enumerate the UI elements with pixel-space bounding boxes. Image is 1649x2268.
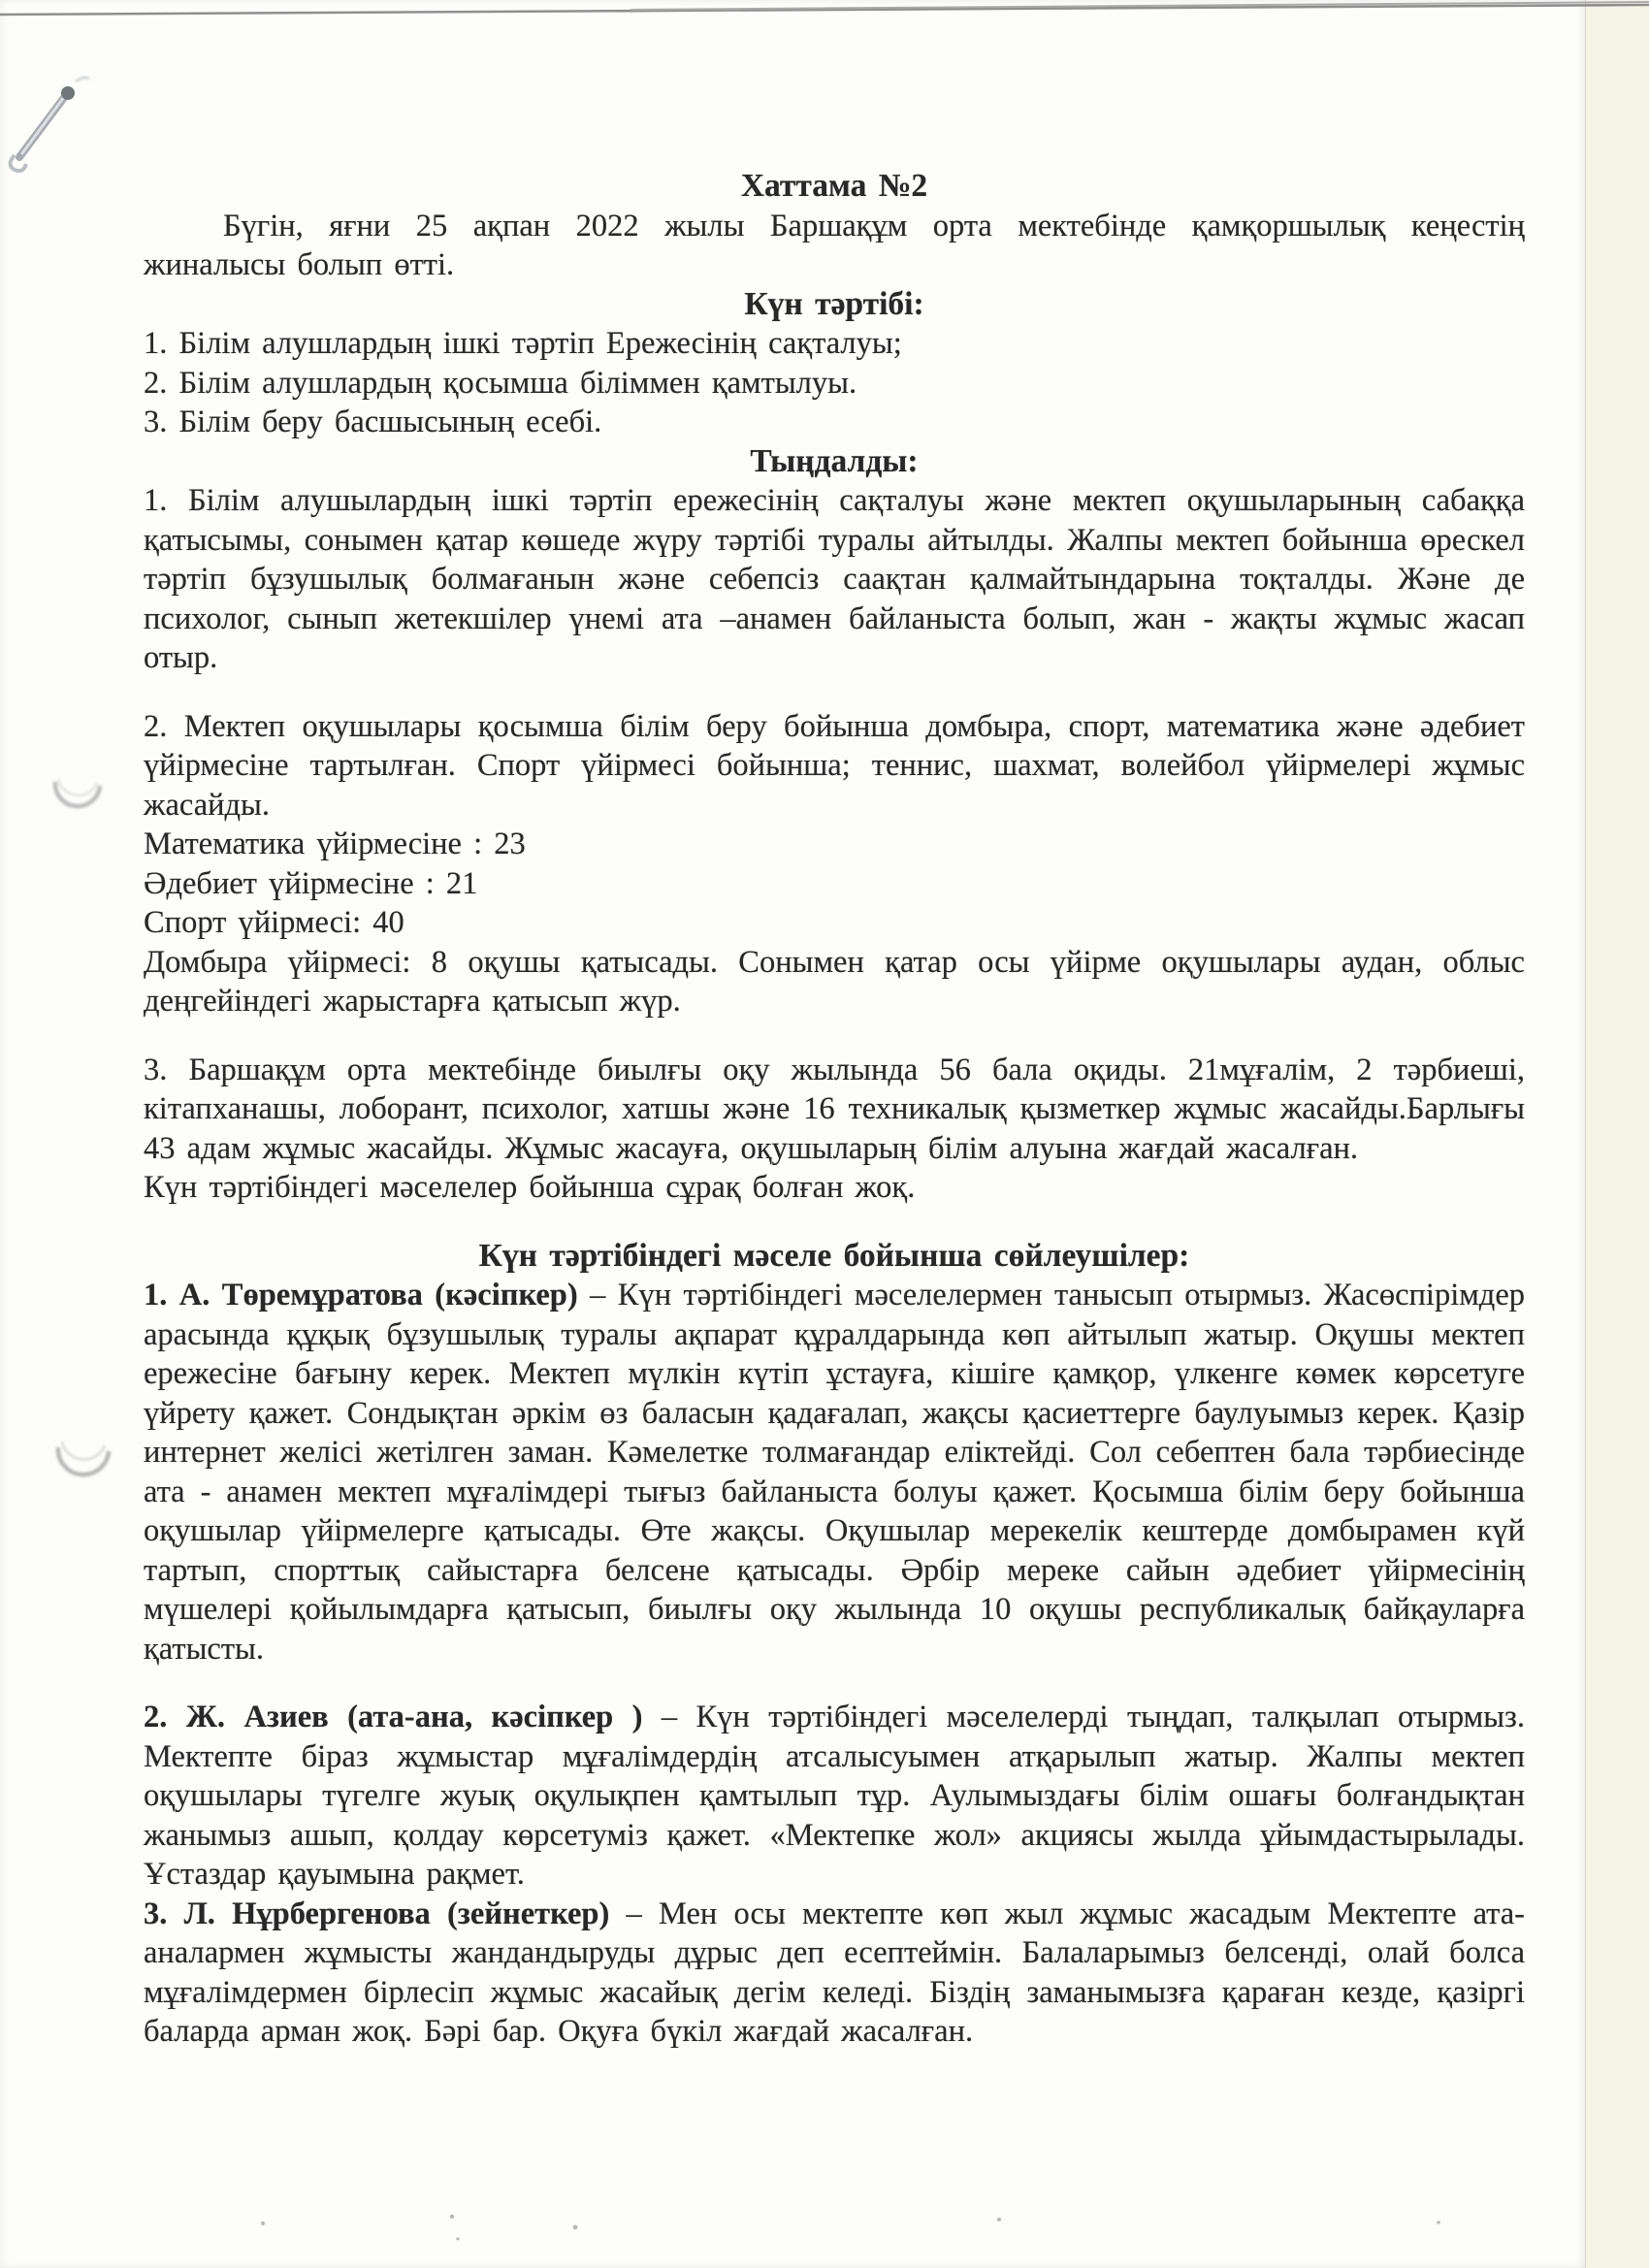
- club-stat: Математика үйірмесіне : 23: [144, 825, 1525, 864]
- document-body: Хаттама №2 Бүгін, яғни 25 ақпан 2022 жыл…: [144, 167, 1525, 2052]
- heard-item-1: 1. Білім алушылардың ішкі тәртіп ережесі…: [144, 481, 1525, 678]
- page-title: Хаттама №2: [144, 167, 1525, 207]
- speaker-name: 2. Ж. Азиев (ата-ана, кәсіпкер ): [144, 1700, 642, 1734]
- intro-paragraph: Бүгін, яғни 25 ақпан 2022 жылы Баршақұм …: [144, 207, 1525, 285]
- speaker-text: – Күн тәртібіндегі мәселелермен танысып …: [144, 1278, 1525, 1667]
- speaker-name: 1. А. Төремұратова (кәсіпкер): [144, 1278, 578, 1312]
- agenda-heading: Күн тәртібі:: [144, 285, 1525, 325]
- club-stat: Әдебиет үйірмесіне : 21: [144, 864, 1525, 904]
- club-stat-dombyra: Домбыра үйірмесі: 8 оқушы қатысады. Соны…: [144, 943, 1525, 1021]
- club-stat: Спорт үйірмесі: 40: [144, 903, 1525, 943]
- speaker-paragraph: 3. Л. Нұрбергенова (зейнеткер) – Мен осы…: [144, 1895, 1525, 2052]
- heard-heading: Тыңдалды:: [144, 442, 1525, 482]
- no-questions-line: Күн тәртібіндегі мәселелер бойынша сұрақ…: [144, 1168, 1525, 1208]
- heard-item-2: 2. Мектеп оқушылары қосымша білім беру б…: [144, 707, 1525, 826]
- agenda-item: 2. Білім алушлардың қосымша біліммен қам…: [144, 364, 1525, 404]
- agenda-item: 1. Білім алушлардың ішкі тәртіп Ережесін…: [144, 324, 1525, 364]
- speaker-paragraph: 1. А. Төремұратова (кәсіпкер) – Күн тәрт…: [144, 1276, 1525, 1669]
- agenda-item: 3. Білім беру басшысының есебі.: [144, 403, 1525, 442]
- speakers-heading: Күн тәртібіндегі мәселе бойынша сөйлеуші…: [144, 1237, 1525, 1277]
- heard-item-3: 3. Баршақұм орта мектебінде биылғы оқу ж…: [144, 1051, 1525, 1169]
- speaker-paragraph: 2. Ж. Азиев (ата-ана, кәсіпкер ) – Күн т…: [144, 1698, 1525, 1895]
- speaker-name: 3. Л. Нұрбергенова (зейнеткер): [144, 1896, 609, 1931]
